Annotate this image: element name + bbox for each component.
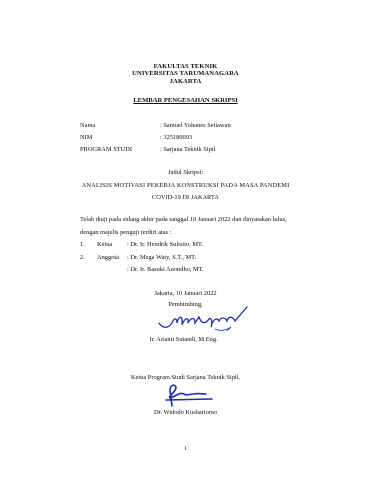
- page-number: i: [0, 445, 371, 453]
- examiner-2-role: Anggota: [97, 254, 119, 262]
- program-label: PROGRAM STUDI: [80, 146, 132, 154]
- examiner-1-name: : Dr. Ir. Hendrik Sulistio, MT.: [127, 241, 203, 249]
- examiner-3-name: : Dr. Ir. Basuki Anondho, MT.: [127, 266, 204, 274]
- advisor-signature: [155, 305, 255, 335]
- name-value: : Samuel Yohanes Setiawan: [160, 122, 231, 130]
- document-page: FAKULTAS TEKNIK UNIVERSITAS TARUMANAGARA…: [0, 0, 371, 480]
- head-of-program-signature: [162, 380, 217, 410]
- thesis-label: Judul Skripsi:: [0, 169, 371, 177]
- examiner-1-role: Ketua: [97, 241, 112, 249]
- name-label: Nama: [80, 122, 95, 130]
- head-of-program-name: Dr. Widodo Kushartomo: [0, 409, 371, 417]
- university-heading: UNIVERSITAS TARUMANAGARA: [0, 70, 371, 78]
- examiner-1-number: 1.: [80, 241, 85, 249]
- thesis-title-line1: ANALISIS MOTIVASI PEKERJA KONSTRUKSI PAD…: [0, 182, 371, 190]
- nim-value: : 325180093: [160, 134, 192, 142]
- exam-statement-line1: Telah diuji pada sidang akhir pada tangg…: [80, 216, 287, 224]
- examiner-2-number: 2.: [80, 254, 85, 262]
- program-value: : Sarjana Teknik Sipil: [160, 146, 215, 154]
- nim-label: NIM: [80, 134, 92, 142]
- advisor-name: Ir. Arianti Sutandi, M.Eng.: [0, 336, 369, 344]
- examiner-2-name: : Dr. Mega Waty, S.T., MT.: [127, 254, 196, 262]
- exam-statement-line2: dengan majelis penguji terdiri atas :: [80, 229, 171, 237]
- city-heading: JAKARTA: [0, 78, 371, 86]
- page-title: LEMBAR PENGESAHAN SKRIPSI: [0, 97, 371, 104]
- place-date: Jakarta, 10 Januari 2022: [0, 290, 371, 298]
- thesis-title-line2: COVID-19 DI JAKARTA: [0, 194, 371, 202]
